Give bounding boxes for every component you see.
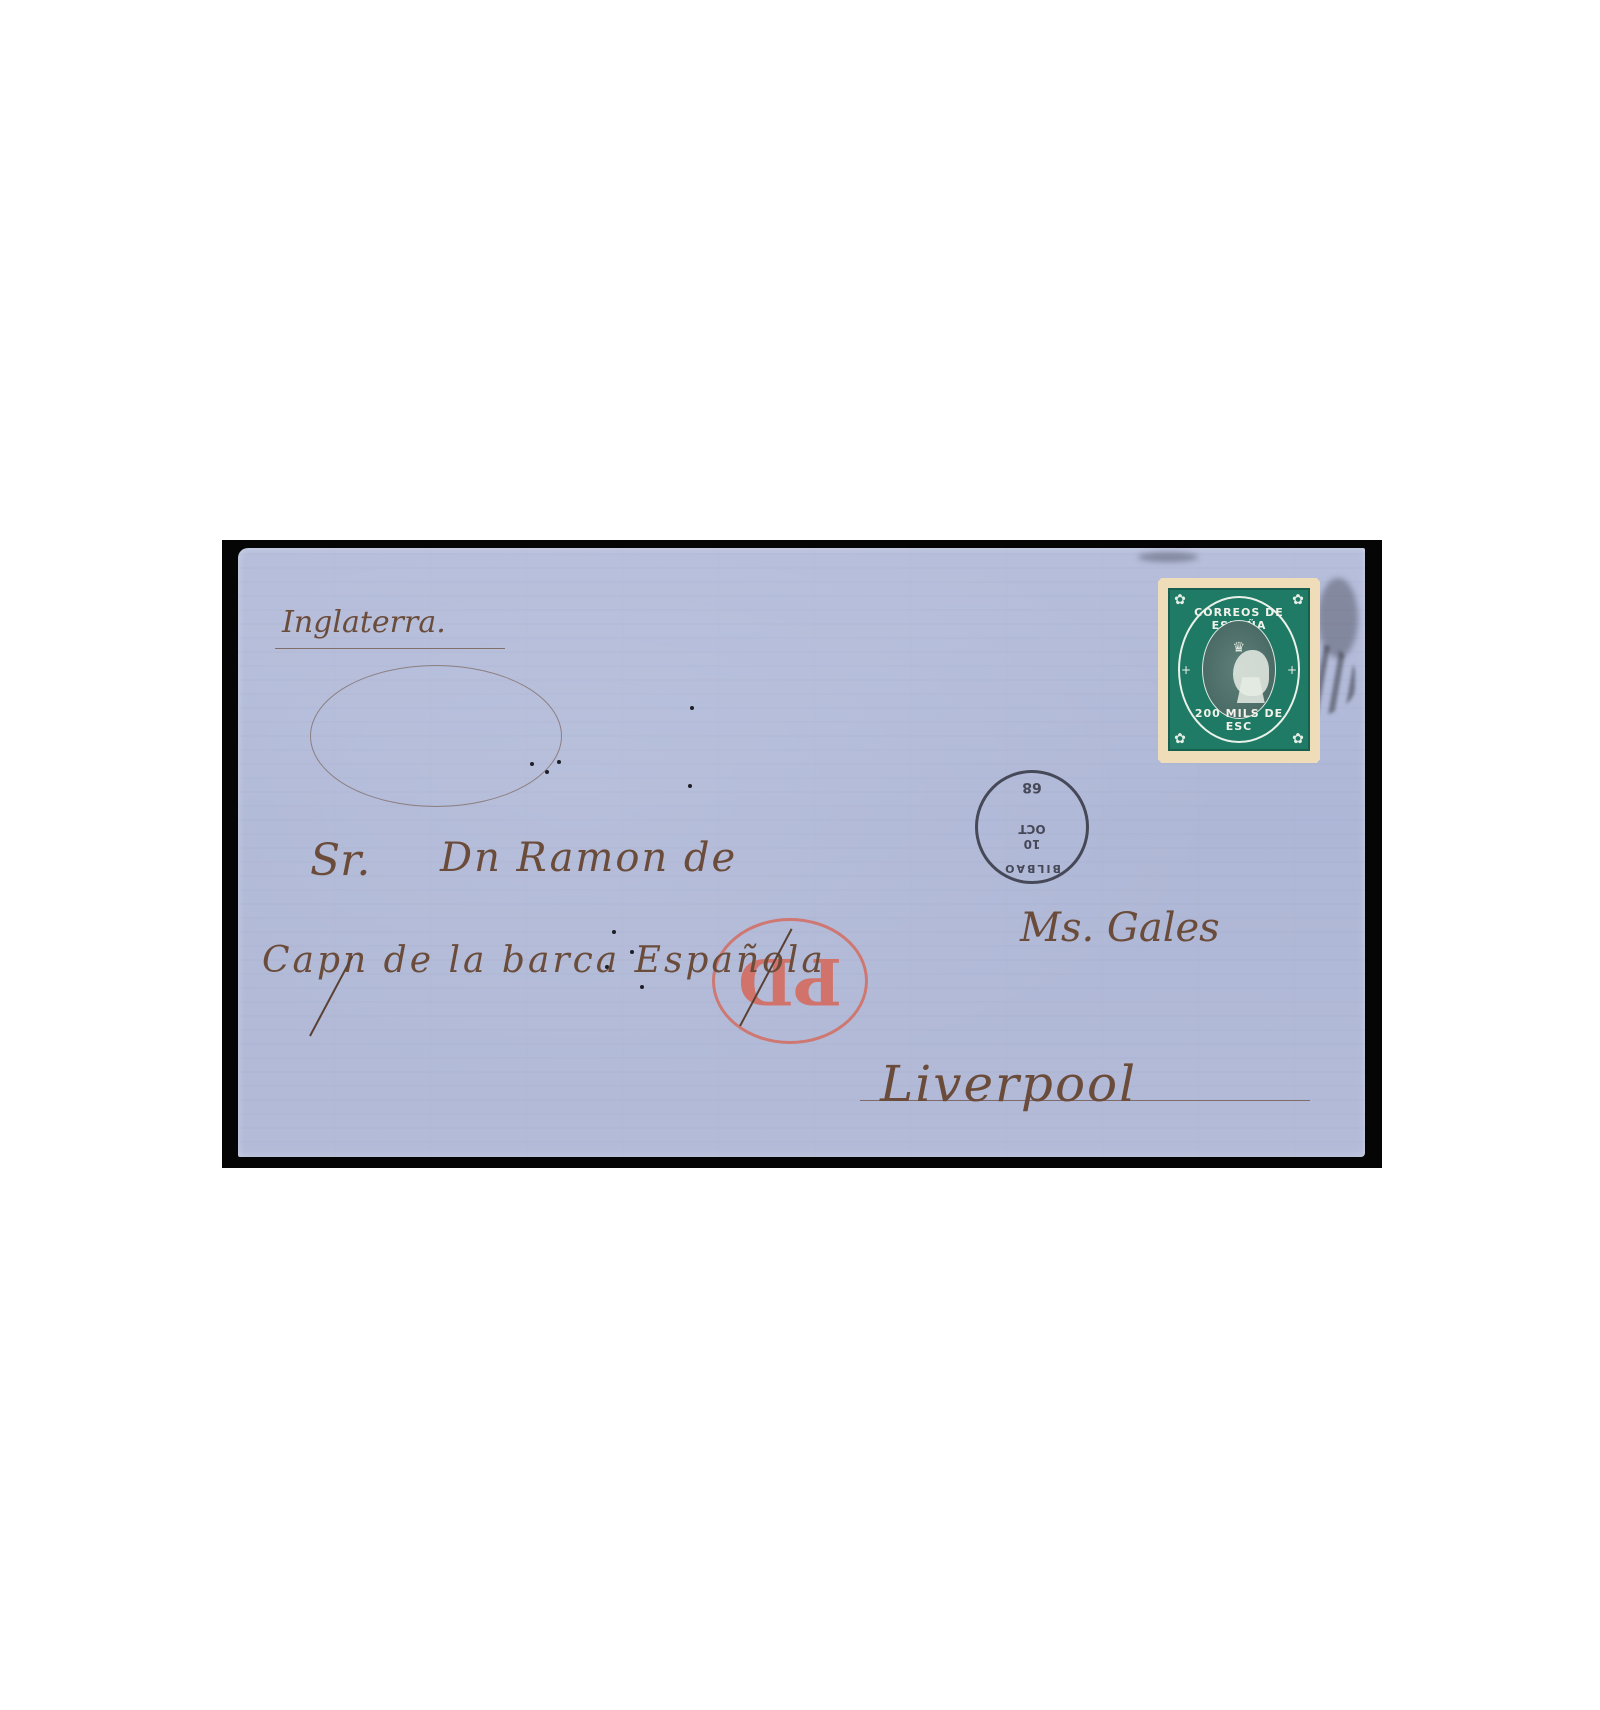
postmark-month: OCT bbox=[998, 821, 1066, 836]
postmark-town: BILBAO bbox=[978, 862, 1086, 875]
addressee-title: Capn de la barca Española bbox=[262, 940, 826, 981]
cross-icon: + bbox=[1181, 663, 1191, 677]
circular-datestamp: BILBAO 10 OCT 68 bbox=[975, 770, 1089, 884]
city-underline bbox=[860, 1100, 1310, 1101]
cross-icon: + bbox=[1287, 663, 1297, 677]
ink-smudge bbox=[1138, 552, 1198, 562]
stamp-oval: CORREOS DE ESPAÑA + + ♛ 200 MILS DE ESC bbox=[1178, 596, 1300, 743]
addressee-surname bbox=[820, 820, 834, 864]
salutation: Sr. bbox=[310, 835, 370, 886]
ink-speck bbox=[557, 760, 561, 764]
rosette-icon: ✿ bbox=[1290, 731, 1306, 747]
destination-underline bbox=[275, 648, 505, 649]
ink-flourish bbox=[310, 665, 562, 807]
postmark-day: 10 bbox=[998, 836, 1066, 851]
postage-stamp: ✿ ✿ ✿ ✿ CORREOS DE ESPAÑA + + ♛ 200 MILS… bbox=[1158, 578, 1320, 763]
ink-speck bbox=[690, 706, 694, 710]
ink-speck bbox=[688, 784, 692, 788]
addressee-name: Dn Ramon de bbox=[440, 835, 737, 881]
postmark-year: 68 bbox=[978, 779, 1086, 795]
destination-city: Liverpool bbox=[880, 1055, 1137, 1113]
stamp-value-text: 200 MILS DE ESC bbox=[1180, 707, 1298, 733]
rosette-icon: ✿ bbox=[1172, 731, 1188, 747]
stamp-frame: ✿ ✿ ✿ ✿ CORREOS DE ESPAÑA + + ♛ 200 MILS… bbox=[1168, 588, 1310, 751]
ink-speck bbox=[612, 930, 616, 934]
ink-speck bbox=[640, 985, 644, 989]
stamp-portrait: ♛ bbox=[1202, 620, 1276, 719]
city-prefix: Ms. Gales bbox=[1020, 905, 1220, 951]
pd-handstamp: PD bbox=[712, 918, 868, 1044]
destination-country: Inglaterra. bbox=[282, 605, 446, 640]
